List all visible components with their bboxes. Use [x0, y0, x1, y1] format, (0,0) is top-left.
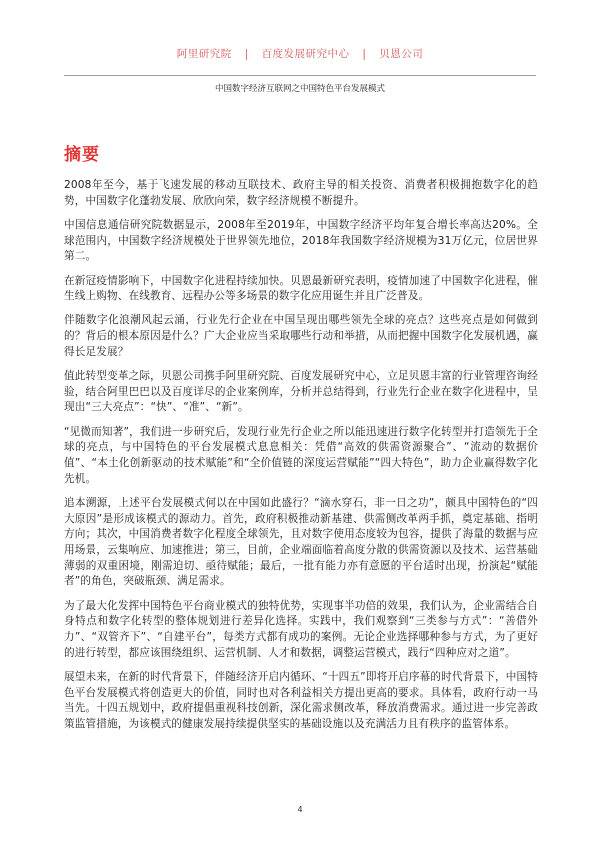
header-separator: |	[245, 47, 249, 61]
paragraph: “见微而知著”，我们进一步研究后，发现行业先行企业之所以能迅速进行数字化转型并打…	[64, 425, 538, 488]
org-ali-research: 阿里研究院	[177, 48, 232, 60]
document-title: 中国数字经济互联网之中国特色平台发展模式	[0, 83, 600, 95]
page-number: 4	[0, 805, 600, 814]
header-organizations: 阿里研究院 | 百度发展研究中心 | 贝恩公司	[0, 47, 600, 61]
abstract-body: 2008年至今，基于飞速发展的移动互联技术、政府主导的相关投资、消费者积极拥抱数…	[64, 178, 538, 741]
paragraph: 值此转型变革之际，贝恩公司携手阿里研究院、百度发展研究中心，立足贝恩丰富的行业管…	[64, 369, 538, 416]
header-separator: |	[362, 47, 366, 61]
paragraph: 展望未来，在新的时代背景下，伴随经济开启内循环、“十四五”即将开启序幕的时代背景…	[64, 670, 538, 733]
paragraph: 伴随数字化浪潮风起云涌，行业先行企业在中国呈现出哪些领先全球的亮点？这些亮点是如…	[64, 313, 538, 360]
org-baidu-research: 百度发展研究中心	[262, 48, 350, 60]
paragraph: 为了最大化发挥中国特色平台商业模式的独特优势，实现事半功倍的效果，我们认为，企业…	[64, 599, 538, 662]
paragraph: 在新冠疫情影响下，中国数字化进程持续加快。贝恩最新研究表明，疫情加速了中国数字化…	[64, 274, 538, 305]
paragraph: 2008年至今，基于飞速发展的移动互联技术、政府主导的相关投资、消费者积极拥抱数…	[64, 178, 538, 209]
section-title: 摘要	[64, 143, 100, 167]
paragraph: 追本溯源，上述平台发展模式何以在中国如此盛行？“滴水穿石，非一日之功”，颇具中国…	[64, 496, 538, 590]
paragraph: 中国信息通信研究院数据显示，2008年至2019年，中国数字经济平均年复合增长率…	[64, 218, 538, 265]
header-divider	[64, 75, 536, 76]
org-bain: 贝恩公司	[379, 48, 423, 60]
